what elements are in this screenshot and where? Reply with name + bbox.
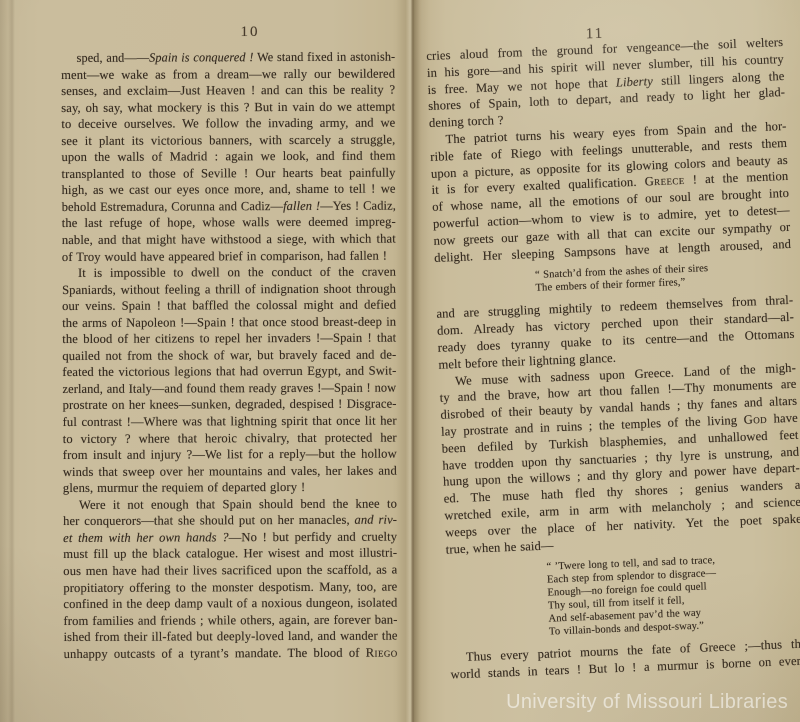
- book-scan: 10 sped, and——Spain is conquered ! We st…: [0, 0, 800, 722]
- text-line: from families and friends ; while others…: [63, 611, 397, 629]
- page-11: 11 cries aloud from the ground for venge…: [412, 0, 800, 722]
- text-line: zerland, and Italy—and found them ready …: [62, 379, 391, 397]
- text-line: ous men have had their lives sacrificed …: [63, 561, 397, 579]
- text-line: Spaniards, without feeling a thrill of i…: [62, 280, 396, 298]
- text-line: upon the walls of Madrid : again we look…: [61, 148, 395, 166]
- text-line: quailed not from the shock of war, but b…: [62, 346, 396, 364]
- page-11-text: cries aloud from the ground for vengeanc…: [426, 34, 800, 683]
- text-line: the blood of her citizens to repel her i…: [62, 330, 396, 348]
- text-line: behold Estremadura, Corunna and Cadiz—fa…: [62, 197, 393, 215]
- text-line: her conquerors—that she should put on he…: [63, 512, 397, 530]
- text-line: winds that sweep over her mountains and …: [63, 462, 397, 480]
- text-line: confined in the deep damp vault of a nox…: [63, 595, 397, 613]
- text-line: to victory ? where that heroic chivalry,…: [63, 429, 397, 447]
- text-line: It is impossible to dwell on the conduct…: [62, 264, 396, 282]
- text-line: Were it not enough that Spain should ben…: [63, 495, 397, 513]
- text-line: the arms of Napoleon !—Spain ! that once…: [62, 313, 396, 331]
- text-line: our veins. Spain ! that baffled the colo…: [62, 297, 396, 315]
- page-10: 10 sped, and——Spain is conquered ! We st…: [0, 0, 412, 722]
- text-line: see it plant its victorious banners, wit…: [61, 131, 395, 149]
- text-line: transplanted to those of Seville ! Our h…: [62, 164, 396, 182]
- library-watermark: University of Missouri Libraries: [506, 691, 788, 714]
- text-line: propitiatory offering to the monster des…: [63, 578, 397, 596]
- text-line: ment—we wake as from a dream—we rally ou…: [61, 65, 395, 83]
- text-line: ished from their ill-fated but deeply-lo…: [64, 628, 398, 646]
- text-line: say, oh say, what mockery is this ? But …: [61, 98, 395, 116]
- page-10-text: sped, and——Spain is conquered ! We stand…: [61, 49, 398, 663]
- text-line: ful contrast !—Where was that lightning …: [63, 413, 397, 431]
- text-line: et them with her own hands ?—No ! but pe…: [63, 528, 397, 546]
- text-line: of Troy would have appeared brief in com…: [62, 247, 396, 265]
- text-line: the last refuge of hope, whose walls wer…: [62, 214, 396, 232]
- text-line: glens, murmur the requiem of departed gl…: [63, 479, 397, 497]
- text-line: senses, and exclaim—Just Heaven ! and ca…: [61, 82, 395, 100]
- text-line: feated the victorious legions that had o…: [62, 363, 396, 381]
- text-line: unhappy outcasts of a tyrant’s mandate. …: [64, 644, 398, 662]
- text-line: must fill up the black catalogue. Her wi…: [63, 545, 397, 563]
- text-line: to deceive ourselves. We follow the inva…: [61, 115, 395, 133]
- text-line: nable, and that might have withstood a s…: [62, 231, 396, 249]
- text-line: high, as we cast our eyes once more, and…: [62, 181, 396, 199]
- text-line: from insult and injury ?—We list for a r…: [63, 446, 397, 464]
- page-number-10: 10: [228, 24, 272, 41]
- text-line: sped, and——Spain is conquered ! We stand…: [61, 49, 386, 67]
- text-line: prostrate on her knees—sunken, degraded,…: [63, 396, 397, 414]
